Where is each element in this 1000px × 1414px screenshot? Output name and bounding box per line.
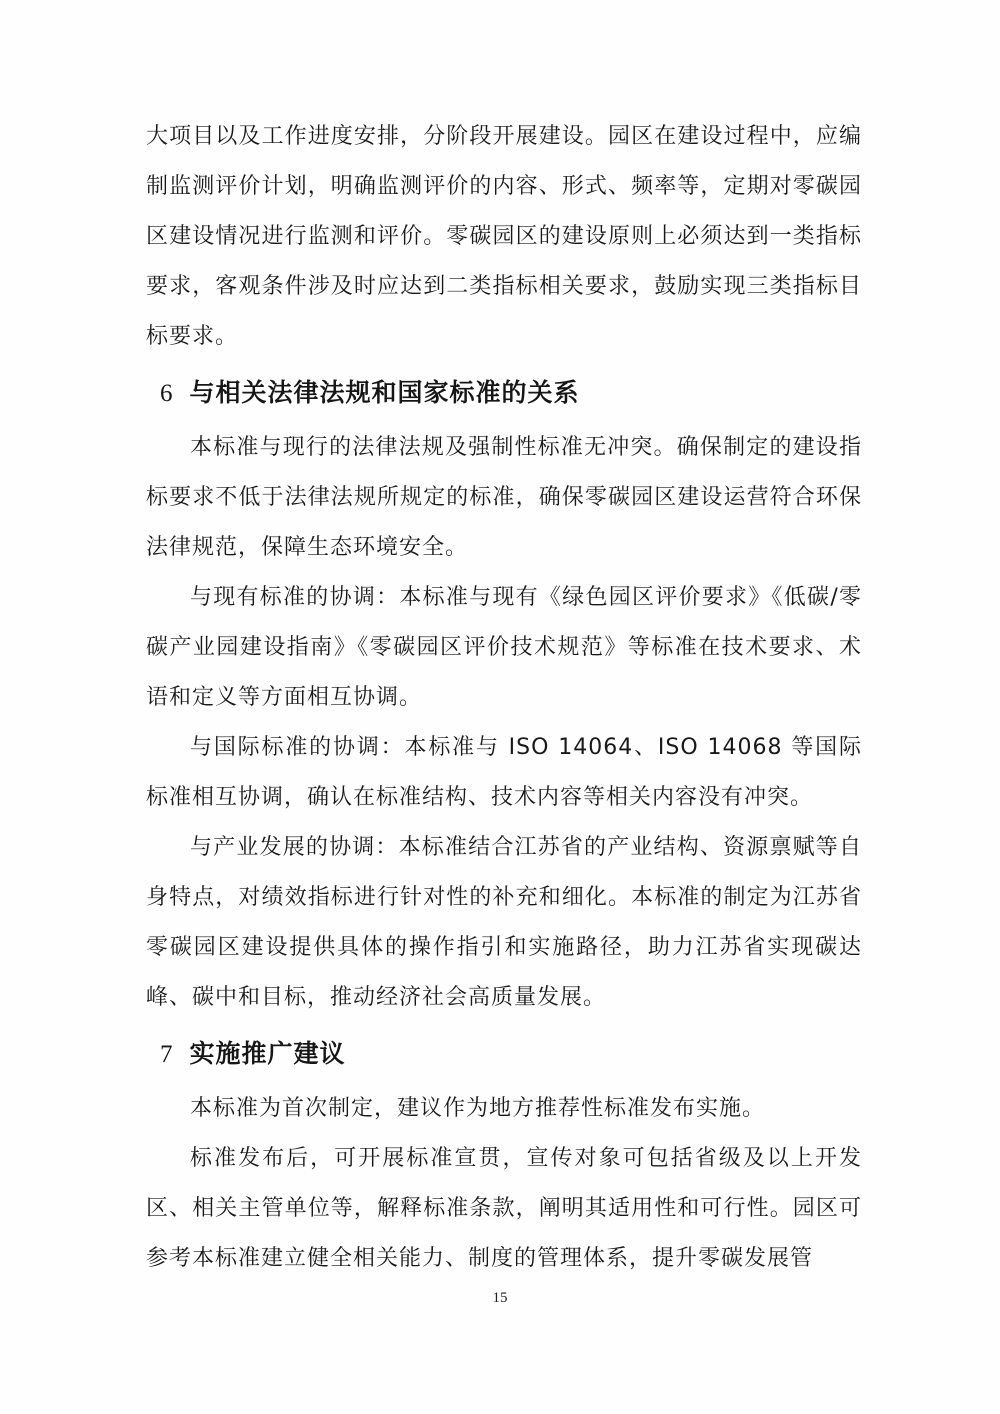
paragraph: 本标准为首次制定，建议作为地方推荐性标准发布实施。 bbox=[146, 1084, 862, 1134]
section-number: 7 bbox=[160, 1036, 174, 1074]
section-title: 与相关法律法规和国家标准的关系 bbox=[190, 378, 580, 407]
intro-paragraph: 大项目以及工作进度安排，分阶段开展建设。园区在建设过程中，应编制监测评价计划，明… bbox=[146, 112, 862, 362]
section-number: 6 bbox=[160, 375, 174, 413]
page-number: 15 bbox=[0, 1290, 1000, 1307]
paragraph: 本标准与现行的法律法规及强制性标准无冲突。确保制定的建设指标要求不低于法律法规所… bbox=[146, 423, 862, 573]
paragraph: 与产业发展的协调：本标准结合江苏省的产业结构、资源禀赋等自身特点，对绩效指标进行… bbox=[146, 823, 862, 1023]
paragraph: 与国际标准的协调：本标准与 ISO 14064、ISO 14068 等国际标准相… bbox=[146, 723, 862, 823]
section-title: 实施推广建议 bbox=[190, 1039, 346, 1068]
section-heading-7: 7实施推广建议 bbox=[160, 1035, 862, 1074]
page-content: 大项目以及工作进度安排，分阶段开展建设。园区在建设过程中，应编制监测评价计划，明… bbox=[146, 112, 862, 1284]
paragraph: 与现有标准的协调：本标准与现有《绿色园区评价要求》《低碳/零碳产业园建设指南》《… bbox=[146, 573, 862, 723]
paragraph: 标准发布后，可开展标准宣贯，宣传对象可包括省级及以上开发区、相关主管单位等，解释… bbox=[146, 1134, 862, 1284]
document-page: 大项目以及工作进度安排，分阶段开展建设。园区在建设过程中，应编制监测评价计划，明… bbox=[0, 0, 1000, 1414]
section-heading-6: 6与相关法律法规和国家标准的关系 bbox=[160, 374, 862, 413]
